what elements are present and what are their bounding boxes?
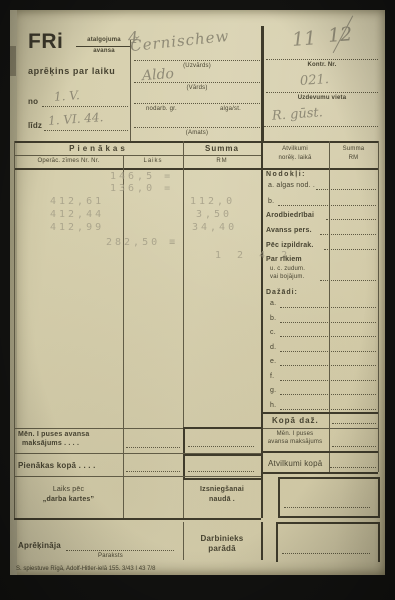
dotted-line [126,471,180,472]
dotted-line [316,189,376,190]
advance-amount-box [183,427,263,455]
rule [378,141,379,472]
dotted-line [280,351,376,352]
stamped-rm-row: 34,40 [192,222,237,233]
dotted-line [332,446,376,447]
dotted-line [134,82,260,83]
rule [14,518,261,520]
deductions-column-header-line1: Atvilkumi [261,146,329,152]
first-name-field-label: (Vārds) [134,85,260,91]
stamped-operation-number: 412,99 [50,222,104,233]
signature-caption: Paraksts [98,553,123,559]
form-logo: FRi [28,30,63,54]
stamped-time-total: 282,50 ≡ [106,237,178,248]
stamped-rm-row: 112,0 [190,196,235,207]
deduction-sum-header-line1: Summa [329,146,378,152]
dotted-line [42,106,128,107]
period-to-label: līdz [28,121,42,130]
calculated-by-label: Aprēķināja [18,541,61,550]
taxes-title: Nodokļi: [266,171,306,178]
dotted-line [326,219,376,220]
period-from-label: no [28,97,38,106]
misc-item-label: f. [270,373,274,380]
stamped-time-row: 136,0 = [110,183,173,194]
rule [123,155,124,518]
handwritten-sheet-number: 11 [291,27,317,51]
deduction-item-writ: Pēc izpildrak. [266,242,314,249]
stamped-time-row: 146,5 = [110,171,173,182]
cash-payout-amount-box [278,477,380,518]
stamped-operation-number: 412,61 [50,196,104,207]
dotted-line [280,380,376,381]
dotted-line [188,446,254,447]
time-column-header: Laiks [123,158,183,164]
rule [14,141,15,518]
time-card-label-line2: „darba kartes” [14,496,123,503]
dotted-line [134,127,260,128]
deduction-item-wage-tax: a. algas nod. . [268,182,315,189]
form-type-bottom: avansa [76,48,132,54]
month-advance-label-line1: Mēn. I puses avansa [18,431,90,438]
dotted-line [280,307,376,308]
half-month-advance-label-line1: Mēn. I puses [261,431,329,437]
stamped-operation-number: 412,44 [50,209,104,220]
dotted-line [134,103,260,104]
deduction-item-tools-line2: u. c. zudum. [270,266,305,272]
rule [14,476,261,477]
dotted-line [284,507,370,508]
rule [261,26,264,141]
deduction-item-tools-line3: vai bojājum. [270,274,304,280]
stamped-rm-row: 3,50 [196,209,232,220]
deduction-item-tax-b: b. [268,198,274,205]
misc-item-label: d. [270,344,276,351]
handwritten-task-place: R. gūst. [272,105,324,124]
misc-item-label: b. [270,315,276,322]
scanned-photo: FRi atalgojuma avansa 4 aprēķins par lai… [0,0,395,600]
rm-column-header: RM [183,158,261,164]
misc-item-label: h. [270,402,276,409]
dotted-line [266,92,378,93]
dotted-line [280,322,376,323]
dotted-line [266,59,378,60]
deductions-column-header-line2: norēķ. laikā [261,155,329,161]
time-card-label-line1: Laiks pēc [14,486,123,493]
task-place-label: Uzdevumu vieta [266,95,378,101]
signature-line [66,550,174,551]
deduction-item-union: Arodbiedrībai [266,212,314,219]
handwritten-sheet-number-struck: 12 [327,23,353,47]
position-field-label: (Amats) [134,130,260,136]
deductions-total-label: Atvilkumi kopā [268,459,322,468]
dotted-line [188,471,254,472]
handwritten-period-to: 1. VI. 44. [48,110,104,128]
dotted-line [280,365,376,366]
dotted-line [280,394,376,395]
dotted-line [126,447,180,448]
hourly-wage-label: alga/st. [220,106,241,112]
dotted-line [264,126,378,127]
rule [14,155,261,156]
misc-total-label: Kopā daž. [272,416,319,425]
rule [261,522,263,560]
rule [14,141,379,143]
operation-notes-column-header: Operāc. zīmes Nr. Nr. [14,158,123,164]
rule [261,451,378,453]
payroll-form-paper: FRi atalgojuma avansa 4 aprēķins par lai… [10,10,385,575]
rule [261,412,378,414]
underlying-page-ghost [10,46,16,76]
dotted-line [330,467,376,468]
cash-payout-label-line1: Izsniegšanai [183,486,261,493]
dotted-line [320,280,376,281]
misc-title: Dažādi: [266,289,298,296]
deduction-item-tools-line1: Par rīkiem [266,256,302,263]
dotted-line [278,205,376,206]
rule [14,168,379,170]
deduction-item-advance: Avanss pers. [266,227,312,234]
dotted-line [320,234,376,235]
misc-item-label: g. [270,387,276,394]
control-number-label: Kontr. Nr. [266,62,378,68]
employment-group-label: nodarb. gr. [146,106,177,112]
earnings-total-label: Pienākas kopā . . . . [18,461,96,470]
dotted-line [280,409,376,410]
dotted-line [134,60,260,61]
handwritten-control-number: 021. [300,72,330,89]
misc-item-label: e. [270,358,276,365]
misc-item-label: a. [270,300,276,307]
dotted-line [44,130,128,131]
fraction-rule [76,46,132,47]
employee-debt-amount-box [276,522,380,562]
month-advance-label-line2: maksājums . . . . [22,440,79,447]
dotted-line [324,249,376,250]
handwritten-period-from: 1. V. [54,88,81,104]
form-subtitle: aprēķins par laiku [28,66,115,76]
sum-header: Summa [183,144,261,153]
cash-payout-label-line2: naudā . [183,496,261,503]
half-month-advance-label-line2: avansa maksājums [261,439,329,445]
deduction-sum-header-line2: RM [329,155,378,161]
dotted-line [280,336,376,337]
misc-item-label: c. [270,329,276,336]
dotted-line [332,423,376,424]
printer-imprint: S. spiestuve Rīgā, Adolf-Hitler-ielā 155… [16,566,155,572]
dotted-line [282,553,370,554]
form-type-top: atalgojuma [76,37,132,43]
rule [261,428,378,429]
handwritten-surname: Černischew [129,27,230,55]
earnings-header: Pienākas [14,144,183,153]
employee-debt-label-line1: Darbinieks [183,534,261,543]
rule [261,472,378,474]
employee-debt-label-line2: parādā [183,544,261,553]
